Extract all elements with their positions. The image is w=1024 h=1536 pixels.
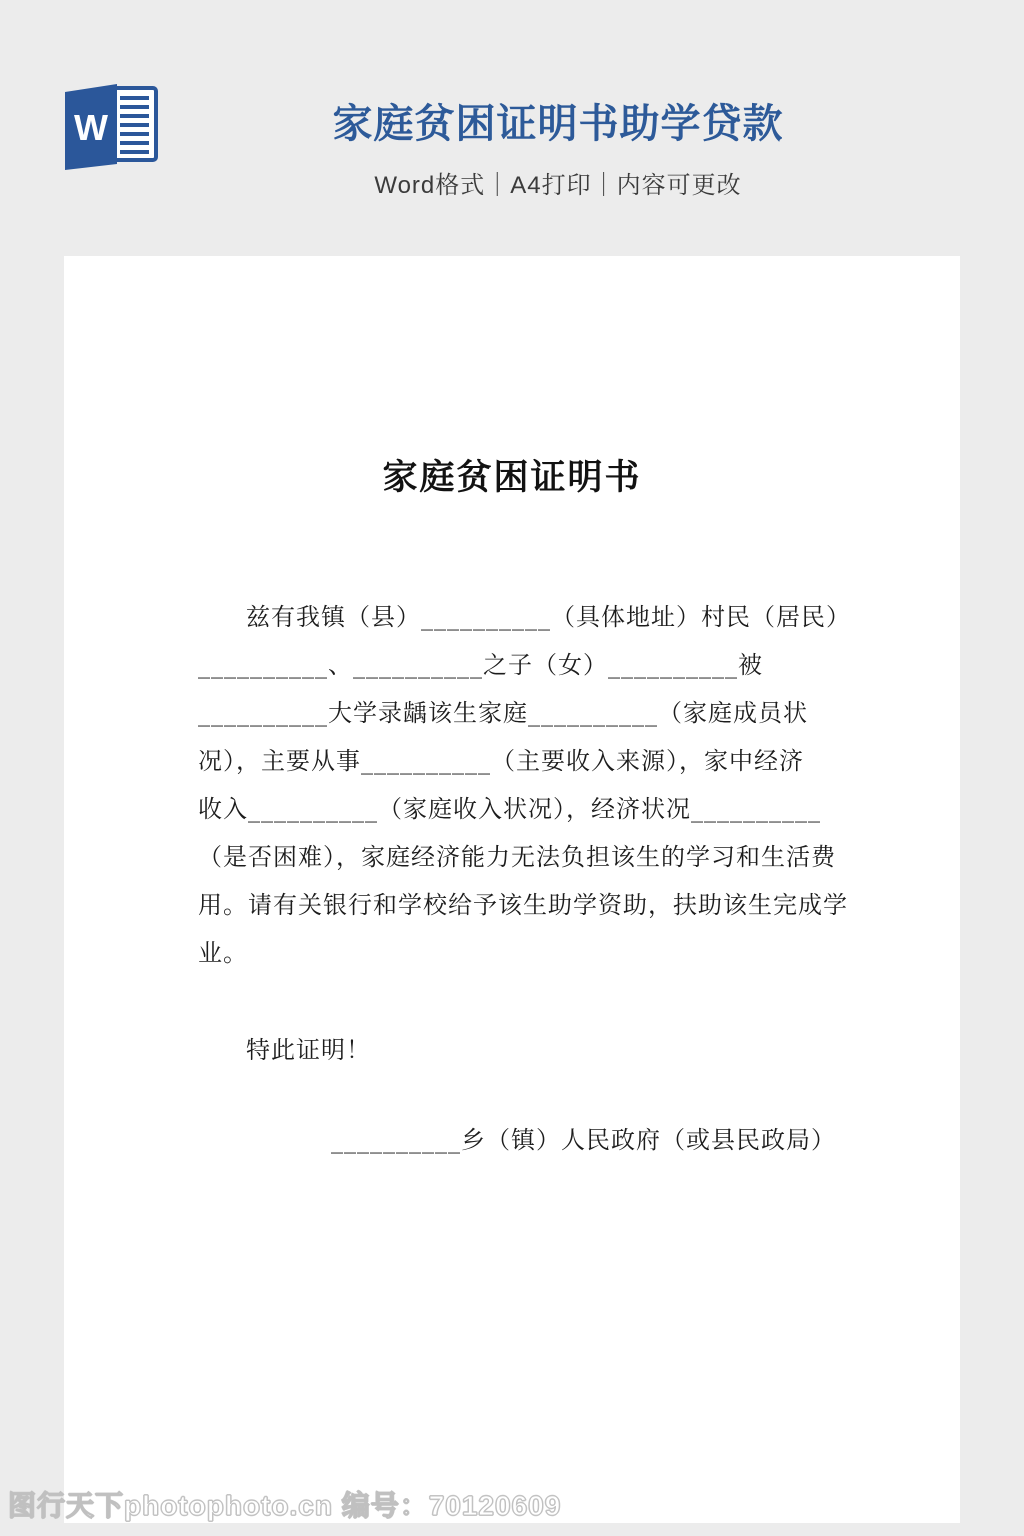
body-line: 业。 [198,929,842,977]
body-line: 况），主要从事__________（主要收入来源），家中经济 [198,737,842,785]
document-page: 家庭贫困证明书 兹有我镇（县）__________（具体地址）村民（居民） __… [64,256,960,1523]
body-line: （是否困难），家庭经济能力无法负担该生的学习和生活费 [198,833,842,881]
body-line: __________大学录龋该生家庭__________（家庭成员状 [198,689,842,737]
body-line: 兹有我镇（县）__________（具体地址）村民（居民） [198,593,842,641]
body-line: 用。请有关银行和学校给予该生助学资助，扶助该生完成学 [198,881,842,929]
header: 家庭贫困证明书助学贷款 Word格式｜A4打印｜内容可更改 [0,92,1024,200]
page-title: 家庭贫困证明书助学贷款 [92,92,1024,149]
body-line: __________、__________之子（女）__________被 [198,641,842,689]
page-subtitle: Word格式｜A4打印｜内容可更改 [92,165,1024,200]
certify-line: 特此证明！ [198,1026,842,1074]
document-body: 兹有我镇（县）__________（具体地址）村民（居民） __________… [198,593,842,1164]
site-watermark: 图行天下photophoto.cn 编号：70120609 [8,1484,561,1524]
signature-line: __________乡（镇）人民政府（或县民政局） [198,1116,842,1164]
body-line: 收入__________（家庭收入状况），经济状况__________ [198,785,842,833]
document-title: 家庭贫困证明书 [64,256,960,500]
